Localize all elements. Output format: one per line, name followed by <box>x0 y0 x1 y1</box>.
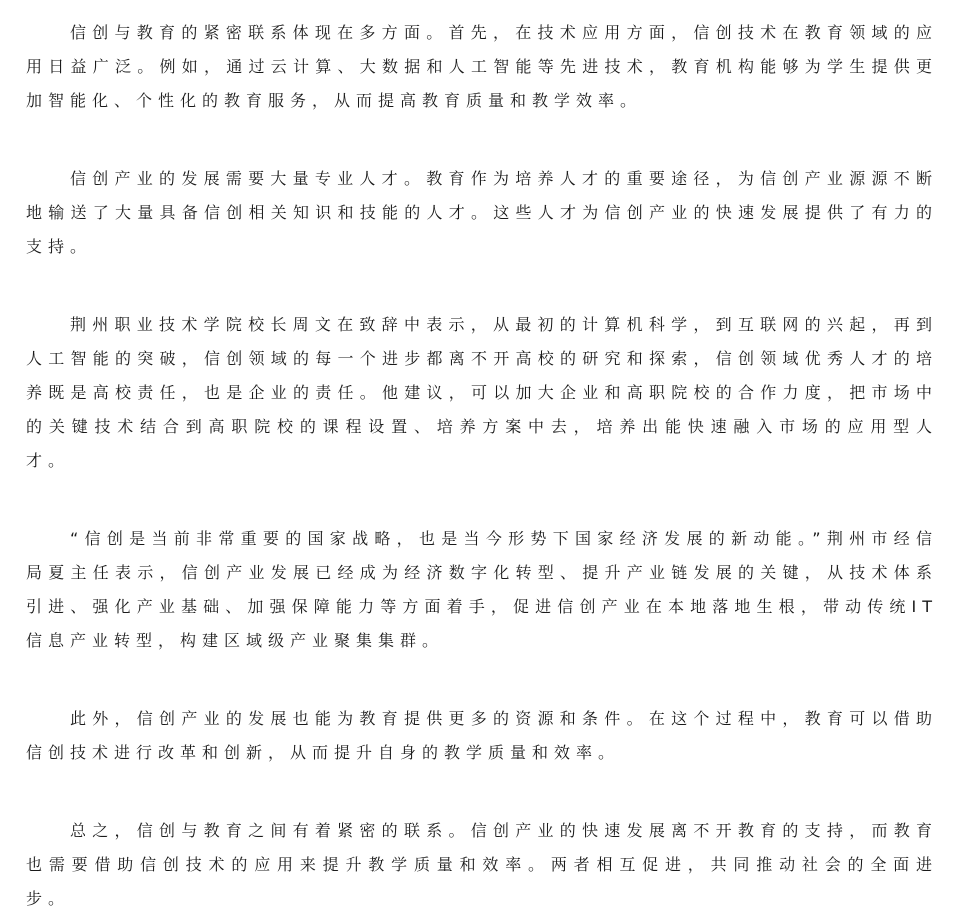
paragraph-3: 荆州职业技术学院校长周文在致辞中表示，从最初的计算机科学，到互联网的兴起，再到人… <box>26 308 938 478</box>
paragraph-6: 总之，信创与教育之间有着紧密的联系。信创产业的快速发展离不开教育的支持，而教育也… <box>26 814 938 835</box>
paragraph-5: 此外，信创产业的发展也能为教育提供更多的资源和条件。在这个过程中，教育可以借助信… <box>26 702 938 770</box>
paragraph-1: 信创与教育的紧密联系体现在多方面。首先，在技术应用方面，信创技术在教育领域的应用… <box>26 16 938 118</box>
paragraph-2: 信创产业的发展需要大量专业人才。教育作为培养人才的重要途径，为信创产业源源不断地… <box>26 162 938 264</box>
paragraph-4: “信创是当前非常重要的国家战略，也是当今形势下国家经济发展的新动能。”荆州市经信… <box>26 522 938 658</box>
article-body: 信创与教育的紧密联系体现在多方面。首先，在技术应用方面，信创技术在教育领域的应用… <box>26 16 938 835</box>
